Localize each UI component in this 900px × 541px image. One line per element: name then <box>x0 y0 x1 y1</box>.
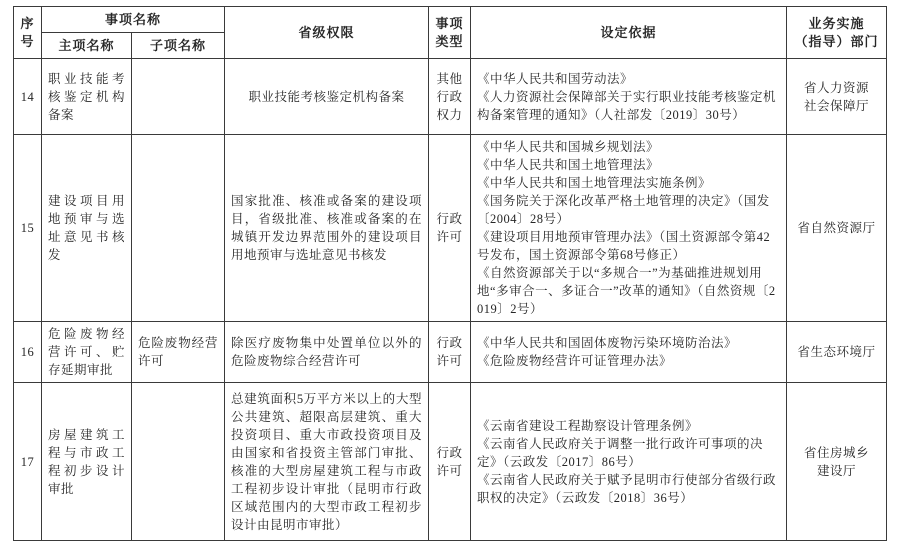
cell-item-type: 行政许可 <box>429 383 471 541</box>
cell-sub-item <box>132 383 225 541</box>
cell-item-type: 行政许可 <box>429 322 471 383</box>
cell-department: 省自然资源厅 <box>787 135 887 322</box>
header-main-item: 主项名称 <box>42 33 132 59</box>
header-basis: 设定依据 <box>471 7 787 59</box>
cell-provincial-authority: 职业技能考核鉴定机构备案 <box>225 59 429 135</box>
cell-sub-item <box>132 59 225 135</box>
cell-no: 16 <box>14 322 42 383</box>
header-item-name: 事项名称 <box>42 7 225 33</box>
cell-no: 17 <box>14 383 42 541</box>
header-department: 业务实施 （指导）部门 <box>787 7 887 59</box>
cell-provincial-authority: 国家批准、核准或备案的建设项目，省级批准、核准或备案的在城镇开发边界范围外的建设… <box>225 135 429 322</box>
permissions-table: 序号 事项名称 省级权限 事项类型 设定依据 业务实施 （指导）部门 主项名称 … <box>13 6 887 541</box>
cell-basis: 《云南省建设工程勘察设计管理条例》 《云南省人民政府关于调整一批行政许可事项的决… <box>471 383 787 541</box>
cell-basis: 《中华人民共和国劳动法》 《人力资源社会保障部关于实行职业技能考核鉴定机构备案管… <box>471 59 787 135</box>
cell-basis: 《中华人民共和国固体废物污染环境防治法》 《危险废物经营许可证管理办法》 <box>471 322 787 383</box>
cell-provincial-authority: 总建筑面积5万平方米以上的大型公共建筑、超限高层建筑、重大投资项目、重大市政投资… <box>225 383 429 541</box>
cell-sub-item: 危险废物经营许可 <box>132 322 225 383</box>
header-item-type: 事项类型 <box>429 7 471 59</box>
cell-no: 14 <box>14 59 42 135</box>
header-sub-item: 子项名称 <box>132 33 225 59</box>
cell-main-item: 危险废物经营许可、贮存延期审批 <box>42 322 132 383</box>
cell-department: 省人力资源 社会保障厅 <box>787 59 887 135</box>
header-row-1: 序号 事项名称 省级权限 事项类型 设定依据 业务实施 （指导）部门 <box>14 7 887 33</box>
cell-main-item: 职业技能考核鉴定机构备案 <box>42 59 132 135</box>
table-row: 14 职业技能考核鉴定机构备案 职业技能考核鉴定机构备案 其他行政权力 《中华人… <box>14 59 887 135</box>
cell-main-item: 房屋建筑工程与市政工程初步设计审批 <box>42 383 132 541</box>
cell-item-type: 行政许可 <box>429 135 471 322</box>
table-row: 15 建设项目用地预审与选址意见书核发 国家批准、核准或备案的建设项目，省级批准… <box>14 135 887 322</box>
cell-department: 省住房城乡 建设厅 <box>787 383 887 541</box>
table-row: 17 房屋建筑工程与市政工程初步设计审批 总建筑面积5万平方米以上的大型公共建筑… <box>14 383 887 541</box>
cell-basis: 《中华人民共和国城乡规划法》 《中华人民共和国土地管理法》 《中华人民共和国土地… <box>471 135 787 322</box>
cell-no: 15 <box>14 135 42 322</box>
cell-provincial-authority: 除医疗废物集中处置单位以外的危险废物综合经营许可 <box>225 322 429 383</box>
cell-main-item: 建设项目用地预审与选址意见书核发 <box>42 135 132 322</box>
table-row: 16 危险废物经营许可、贮存延期审批 危险废物经营许可 除医疗废物集中处置单位以… <box>14 322 887 383</box>
header-no: 序号 <box>14 7 42 59</box>
header-provincial-authority: 省级权限 <box>225 7 429 59</box>
cell-sub-item <box>132 135 225 322</box>
cell-department: 省生态环境厅 <box>787 322 887 383</box>
cell-item-type: 其他行政权力 <box>429 59 471 135</box>
